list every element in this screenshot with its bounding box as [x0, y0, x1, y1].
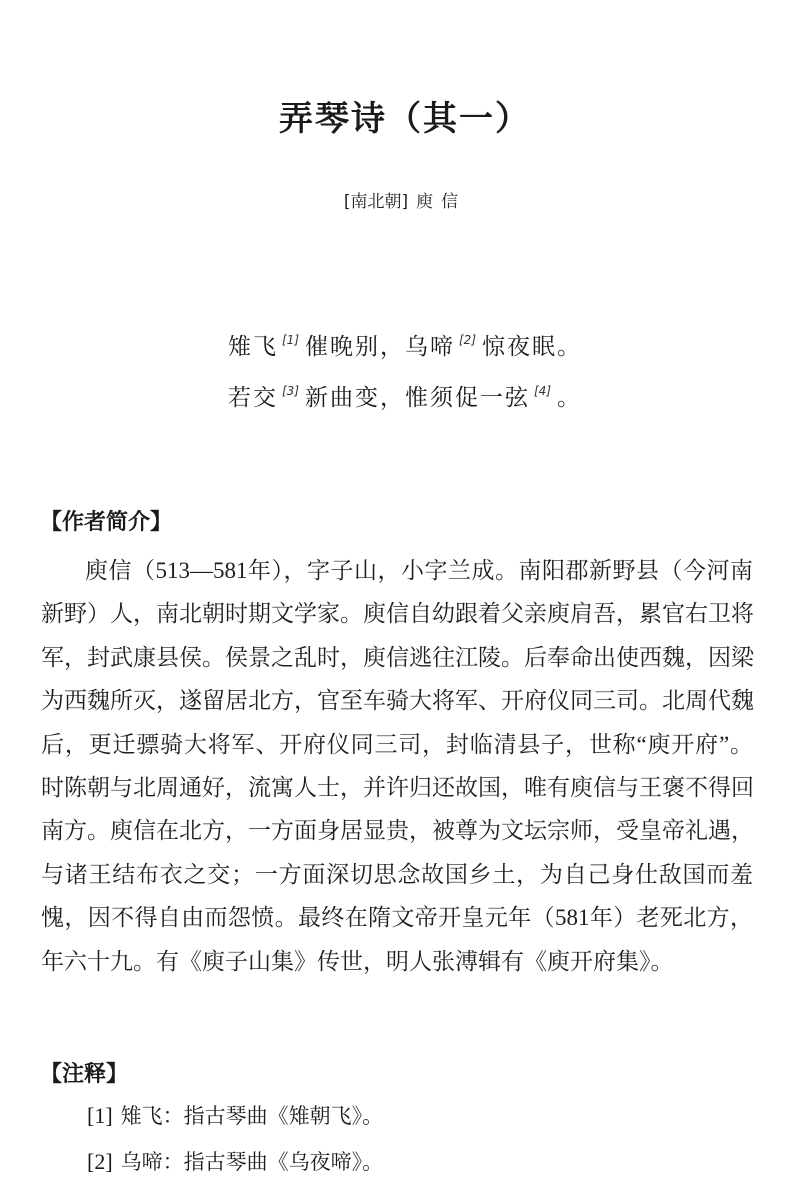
- poem-line-1: 雉飞[1]催晚别，乌啼[2]惊夜眠。: [0, 318, 810, 369]
- author-intro-body: 庾信（513—581年），字子山，小字兰成。南阳郡新野县（今河南 新野）人，南北…: [41, 549, 753, 983]
- bio-line: 军，封武康县侯。侯景之乱时，庾信逃往江陵。后奉命出使西魏，因梁: [41, 636, 753, 679]
- poem-segment: 若交: [228, 385, 278, 411]
- dynasty-label: [南北朝]: [344, 192, 408, 212]
- bio-line: 愧，因不得自由而怨愤。最终在隋文帝开皇元年（581年）老死北方，: [41, 896, 753, 939]
- footnote-marker: [2]: [459, 333, 476, 347]
- note-number: [1]: [87, 1103, 113, 1128]
- poem-line-2: 若交[3]新曲变，惟须促一弦[4]。: [0, 369, 810, 420]
- notes-list: [1]雉飞：指古琴曲《雉朝飞》。 [2]乌啼：指古琴曲《乌夜啼》。: [87, 1093, 383, 1185]
- bio-line: 后，更迁骠骑大将军、开府仪同三司，封临清县子，世称“庾开府”。: [41, 723, 753, 766]
- note-text: 雉飞：指古琴曲《雉朝飞》。: [121, 1104, 384, 1128]
- author-intro-heading: 【作者简介】: [40, 504, 172, 540]
- poem-title: 弄琴诗（其一）: [0, 92, 810, 146]
- note-text: 乌啼：指古琴曲《乌夜啼》。: [121, 1150, 384, 1174]
- note-item: [2]乌啼：指古琴曲《乌夜啼》。: [87, 1139, 383, 1185]
- bio-line: 南方。庾信在北方，一方面身居显贵，被尊为文坛宗师，受皇帝礼遇，: [41, 809, 753, 852]
- note-number: [2]: [87, 1149, 113, 1174]
- footnote-marker: [4]: [534, 384, 551, 398]
- bio-line: 为西魏所灭，遂留居北方，官至车骑大将军、开府仪同三司。北周代魏: [41, 679, 753, 722]
- poem-segment: 惊夜眠。: [482, 334, 582, 360]
- poem-segment: 催晚别，乌啼: [305, 334, 455, 360]
- footnote-marker: [1]: [282, 333, 299, 347]
- bio-line: 年六十九。有《庾子山集》传世，明人张溥辑有《庾开府集》。: [41, 940, 753, 983]
- notes-heading: 【注释】: [40, 1056, 128, 1092]
- byline: [南北朝]庾信: [0, 188, 810, 216]
- bio-line: 新野）人，南北朝时期文学家。庾信自幼跟着父亲庾肩吾，累官右卫将: [41, 592, 753, 635]
- poem-segment: 雉飞: [228, 334, 278, 360]
- author-name: 庾信: [416, 192, 466, 212]
- bio-line: 与诸王结布衣之交；一方面深切思念故国乡土，为自己身仕敌国而羞: [41, 853, 753, 896]
- bio-line: 庾信（513—581年），字子山，小字兰成。南阳郡新野县（今河南: [41, 549, 753, 592]
- poem-segment: 新曲变，惟须促一弦: [305, 385, 530, 411]
- poem-body: 雉飞[1]催晚别，乌啼[2]惊夜眠。 若交[3]新曲变，惟须促一弦[4]。: [0, 318, 810, 420]
- bio-line: 时陈朝与北周通好，流寓人士，并许归还故国，唯有庾信与王褒不得回: [41, 766, 753, 809]
- poem-segment: 。: [557, 385, 582, 411]
- note-item: [1]雉飞：指古琴曲《雉朝飞》。: [87, 1093, 383, 1139]
- footnote-marker: [3]: [282, 384, 299, 398]
